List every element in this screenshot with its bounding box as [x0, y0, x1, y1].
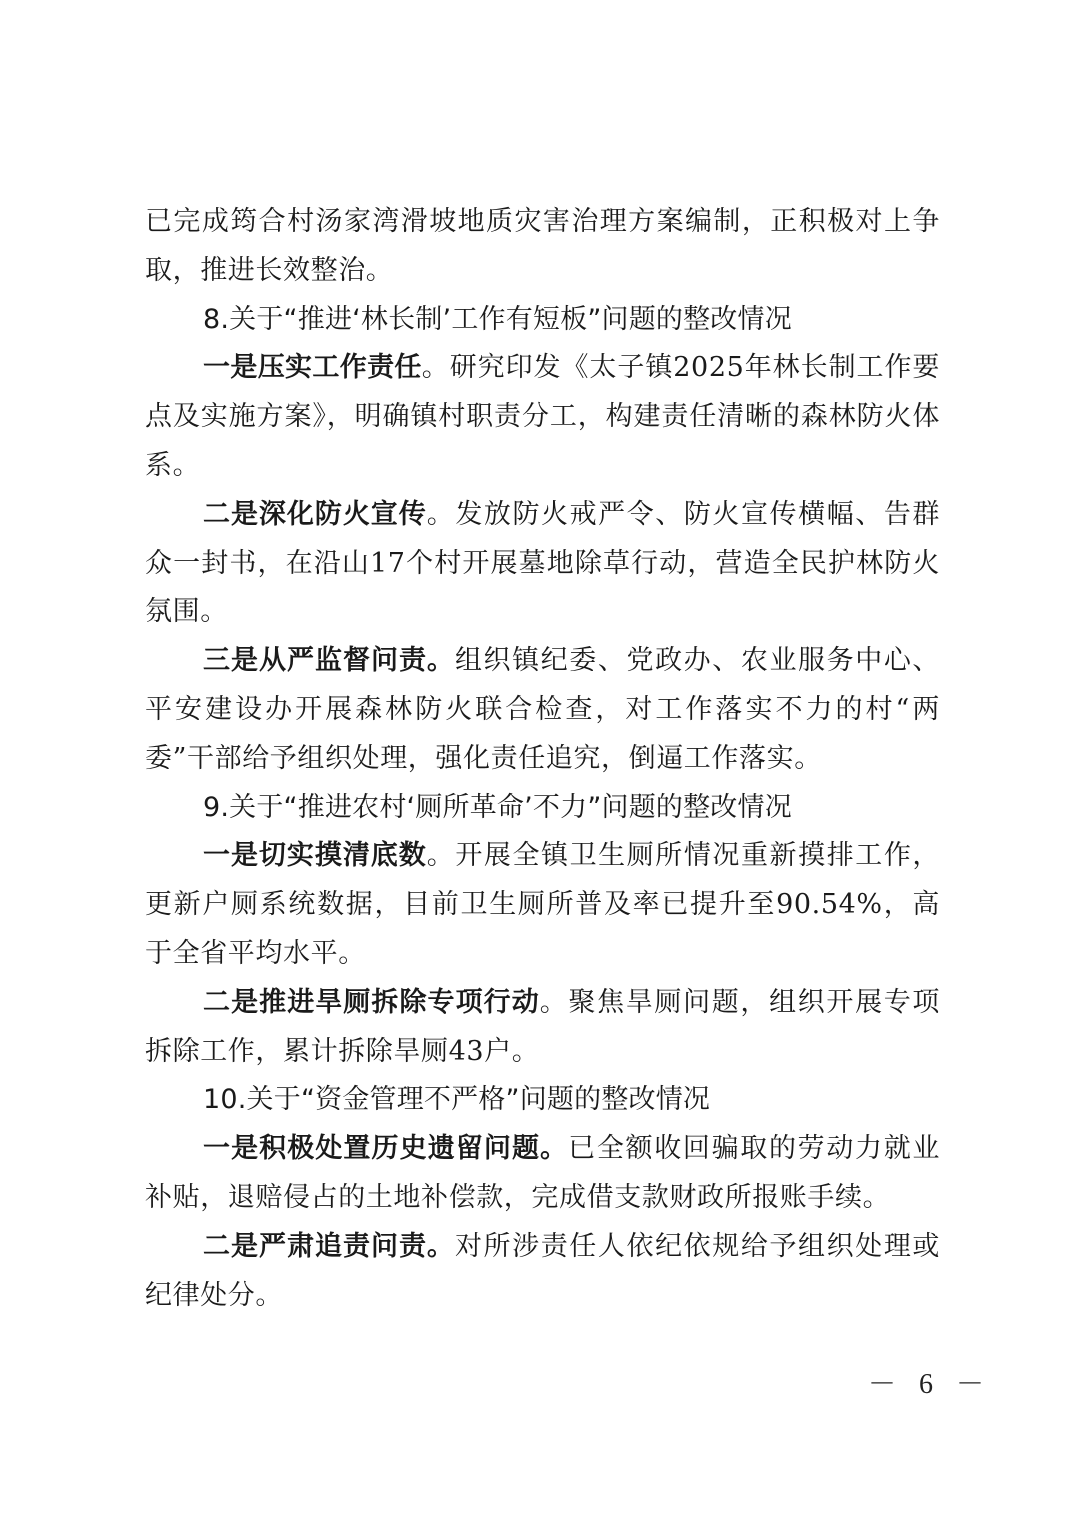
paragraph-text: 已完成筠合村汤家湾滑坡地质灾害治理方案编制，正积极对上争取，推进长效整治。 — [145, 206, 940, 286]
item-paragraph: 三是从严监督问责。组织镇纪委、党政办、农业服务中心、平安建设办开展森林防火联合检… — [145, 637, 940, 783]
heading-text: 9.关于“推进农村‘厕所革命’不力”问题的整改情况 — [203, 792, 792, 823]
item-paragraph: 二是严肃追责问责。对所涉责任人依纪依规给予组织处理或纪律处分。 — [145, 1223, 940, 1321]
item-lead: 二是严肃追责问责。 — [203, 1231, 455, 1262]
item-lead: 一是压实工作责任 — [203, 352, 422, 383]
heading-text: 10.关于“资金管理不严格”问题的整改情况 — [203, 1084, 710, 1115]
document-page: 已完成筠合村汤家湾滑坡地质灾害治理方案编制，正积极对上争取，推进长效整治。 8.… — [145, 198, 940, 1320]
item-lead: 一是积极处置历史遗留问题。 — [203, 1133, 568, 1164]
continuation-paragraph: 已完成筠合村汤家湾滑坡地质灾害治理方案编制，正积极对上争取，推进长效整治。 — [145, 198, 940, 296]
item-lead: 三是从严监督问责。 — [203, 645, 455, 676]
section-heading-10: 10.关于“资金管理不严格”问题的整改情况 — [145, 1076, 940, 1125]
section-heading-9: 9.关于“推进农村‘厕所革命’不力”问题的整改情况 — [145, 784, 940, 833]
item-paragraph: 一是压实工作责任。研究印发《太子镇2025年林长制工作要点及实施方案》，明确镇村… — [145, 344, 940, 490]
heading-text: 8.关于“推进‘林长制’工作有短板”问题的整改情况 — [203, 304, 792, 335]
item-lead: 二是推进旱厕拆除专项行动 — [203, 987, 540, 1018]
item-paragraph: 二是推进旱厕拆除专项行动。聚焦旱厕问题，组织开展专项拆除工作，累计拆除旱厕43户… — [145, 979, 940, 1077]
item-paragraph: 一是切实摸清底数。开展全镇卫生厕所情况重新摸排工作，更新户厕系统数据，目前卫生厕… — [145, 832, 940, 978]
item-lead: 二是深化防火宣传 — [203, 499, 427, 530]
page-number: － 6 － — [868, 1362, 992, 1402]
item-paragraph: 二是深化防火宣传。发放防火戒严令、防火宣传横幅、告群众一封书，在沿山17个村开展… — [145, 491, 940, 637]
section-heading-8: 8.关于“推进‘林长制’工作有短板”问题的整改情况 — [145, 296, 940, 345]
item-lead: 一是切实摸清底数 — [203, 840, 427, 871]
item-paragraph: 一是积极处置历史遗留问题。已全额收回骗取的劳动力就业补贴，退赔侵占的土地补偿款，… — [145, 1125, 940, 1223]
